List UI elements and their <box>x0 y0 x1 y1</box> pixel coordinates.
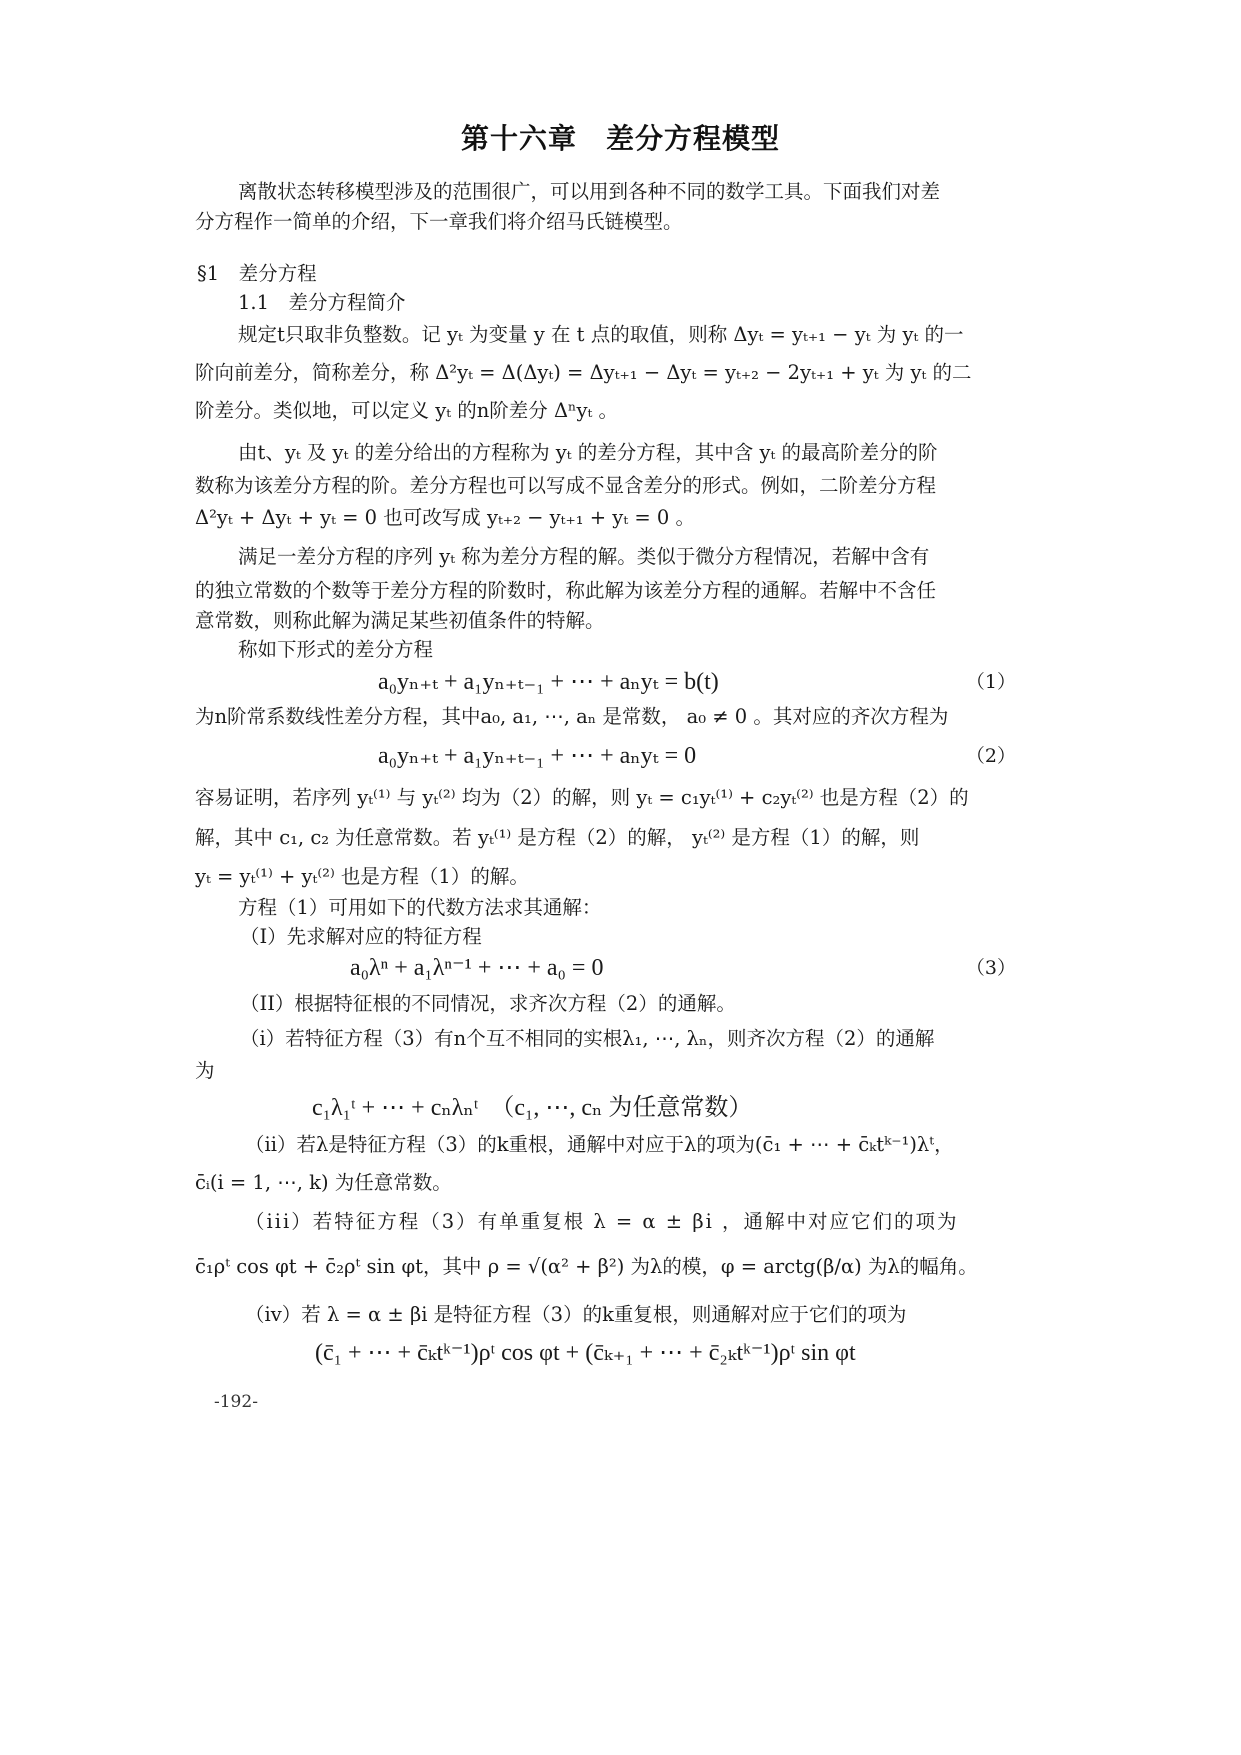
paragraph-line: 解，其中 c₁, c₂ 为任意常数。若 yₜ⁽¹⁾ 是方程（2）的解， yₜ⁽²… <box>195 823 1015 853</box>
paragraph-line: 为 <box>195 1056 1015 1086</box>
intro-line-1: 离散状态转移模型涉及的范围很广，可以用到各种不同的数学工具。下面我们对差 <box>238 177 1058 207</box>
paragraph-line: 的独立常数的个数等于差分方程的阶数时，称此解为该差分方程的通解。若解中不含任 <box>195 576 1015 606</box>
equation-number-2: （2） <box>966 741 1016 771</box>
paragraph-line: （II）根据特征根的不同情况，求齐次方程（2）的通解。 <box>240 989 1060 1019</box>
equation-2: a₀yₙ₊ₜ + a₁yₙ₊ₜ₋₁ + ⋯ + aₙyₜ = 0 <box>378 741 696 771</box>
paragraph-line: yₜ = yₜ⁽¹⁾ + yₜ⁽²⁾ 也是方程（1）的解。 <box>195 862 1015 892</box>
paragraph-line: 阶向前差分，简称差分，称 Δ²yₜ = Δ(Δyₜ) = Δyₜ₊₁ − Δyₜ… <box>195 358 1015 388</box>
paragraph-line: 称如下形式的差分方程 <box>238 635 1058 665</box>
section-heading: §1 差分方程 <box>197 259 1017 289</box>
paragraph-line: （ii）若λ是特征方程（3）的k重根，通解中对应于λ的项为(c̄₁ + ⋯ + … <box>245 1130 1065 1160</box>
paragraph-line: （iv）若 λ = α ± βi 是特征方程（3）的k重复根，则通解对应于它们的… <box>245 1300 1065 1330</box>
subsection-heading: 1.1 差分方程简介 <box>238 288 1058 318</box>
paragraph-line: 数称为该差分方程的阶。差分方程也可以写成不显含差分的形式。例如，二阶差分方程 <box>195 471 1015 501</box>
paragraph-line: （iii）若特征方程（3）有单重复根 λ = α ± βi ，通解中对应它们的项… <box>245 1207 1065 1237</box>
paragraph-line: （I）先求解对应的特征方程 <box>240 922 1060 952</box>
paragraph-line: 为n阶常系数线性差分方程，其中a₀, a₁, ⋯, aₙ 是常数， a₀ ≠ 0… <box>195 702 1015 732</box>
paragraph-line: （i）若特征方程（3）有n个互不相同的实根λ₁, ⋯, λₙ，则齐次方程（2）的… <box>240 1024 1060 1054</box>
paragraph-line: Δ²yₜ + Δyₜ + yₜ = 0 也可改写成 yₜ₊₂ − yₜ₊₁ + … <box>195 503 1015 533</box>
paragraph-line: 意常数，则称此解为满足某些初值条件的特解。 <box>195 606 1015 636</box>
equation-3: a₀λⁿ + a₁λⁿ⁻¹ + ⋯ + a₀ = 0 <box>350 953 603 983</box>
document-page: 第十六章 差分方程模型 离散状态转移模型涉及的范围很广，可以用到各种不同的数学工… <box>0 0 1241 1755</box>
paragraph-line: 阶差分。类似地，可以定义 yₜ 的n阶差分 Δⁿyₜ 。 <box>195 396 1015 426</box>
paragraph-line: 方程（1）可用如下的代数方法求其通解： <box>238 893 1058 923</box>
equation-1: a₀yₙ₊ₜ + a₁yₙ₊ₜ₋₁ + ⋯ + aₙyₜ = b(t) <box>378 667 719 697</box>
paragraph-line: c̄ᵢ(i = 1, ⋯, k) 为任意常数。 <box>195 1168 1015 1198</box>
paragraph-line: 满足一差分方程的序列 yₜ 称为差分方程的解。类似于微分方程情况，若解中含有 <box>238 542 1058 572</box>
page-number: -192- <box>214 1392 258 1412</box>
paragraph-line: 由t、yₜ 及 yₜ 的差分给出的方程称为 yₜ 的差分方程，其中含 yₜ 的最… <box>238 438 1058 468</box>
equation-number-3: （3） <box>966 953 1016 983</box>
chapter-title: 第十六章 差分方程模型 <box>0 117 1241 157</box>
intro-line-2: 分方程作一简单的介绍，下一章我们将介绍马氏链模型。 <box>195 207 1015 237</box>
equation-number-1: （1） <box>966 667 1016 697</box>
equation-general-solution-distinct: c₁λ₁ᵗ + ⋯ + cₙλₙᵗ （c₁, ⋯, cₙ 为任意常数） <box>312 1093 752 1123</box>
paragraph-line: 规定t只取非负整数。记 yₜ 为变量 y 在 t 点的取值，则称 Δyₜ = y… <box>238 320 1058 350</box>
equation-complex-k-root: (c̄₁ + ⋯ + c̄ₖtᵏ⁻¹)ρᵗ cos φt + (c̄ₖ₊₁ + … <box>315 1338 856 1368</box>
paragraph-line: 容易证明，若序列 yₜ⁽¹⁾ 与 yₜ⁽²⁾ 均为（2）的解，则 yₜ = c₁… <box>195 783 1015 813</box>
paragraph-line: c̄₁ρᵗ cos φt + c̄₂ρᵗ sin φt，其中 ρ = √(α² … <box>195 1252 1015 1282</box>
